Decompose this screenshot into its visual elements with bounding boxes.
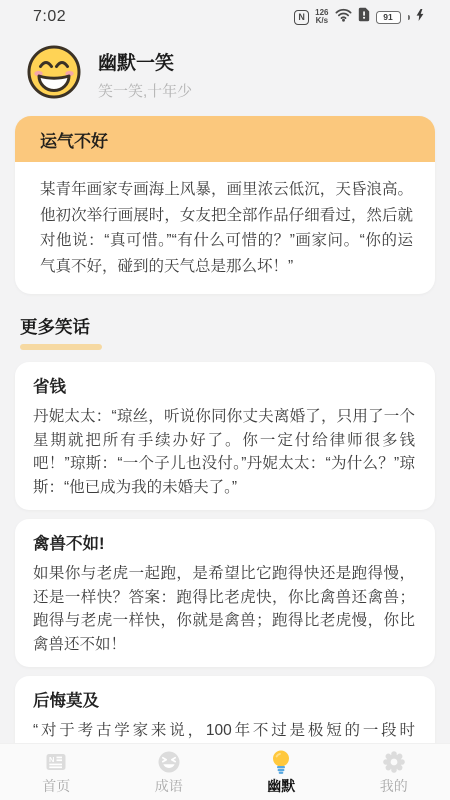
joke-body: “对于考古学家来说，100年不过是极短的一段时间。”“啊，我的上帝，昨天，我刚借… <box>33 719 415 743</box>
network-speed: 126 K/s <box>315 9 328 25</box>
nav-tab-mine[interactable]: 我的 <box>338 749 450 796</box>
app-header: 幽默一笑 笑一笑,十年少 <box>0 30 450 106</box>
status-bar: 7:02 N 126 K/s <box>0 0 450 30</box>
featured-joke-title: 运气不好 <box>15 116 435 162</box>
page-subtitle: 笑一笑,十年少 <box>98 80 192 101</box>
battery-nub <box>408 15 411 20</box>
nfc-icon: N <box>294 10 309 25</box>
battery-icon: 91 <box>376 11 401 24</box>
scroll-content[interactable]: 幽默一笑 笑一笑,十年少 运气不好 某青年画家专画海上风暴，画里浓云低沉，天昏浪… <box>0 30 450 743</box>
section-title: 更多笑话 <box>20 314 430 339</box>
app-screen: 7:02 N 126 K/s <box>0 0 450 800</box>
joke-title: 禽兽不如! <box>33 530 415 554</box>
nav-label-idioms: 成语 <box>155 776 183 796</box>
bottom-nav: N 首页 成语 <box>0 743 450 800</box>
nav-label-humor: 幽默 <box>267 776 295 796</box>
joke-body: 丹妮太太：“琼丝，听说你同你丈夫离婚了，只用了一个星期就把所有手续办好了。你一定… <box>33 405 415 499</box>
laugh-face-icon <box>156 749 182 775</box>
featured-joke-body: 某青年画家专画海上风暴，画里浓云低沉，天昏浪高。他初次举行画展时，女友把全部作品… <box>15 162 435 294</box>
battery-level: 91 <box>383 12 392 22</box>
clock: 7:02 <box>33 8 66 26</box>
joke-title: 省钱 <box>33 373 415 397</box>
network-speed-unit: K/s <box>316 16 328 25</box>
wifi-icon <box>335 8 352 27</box>
svg-text:N: N <box>49 755 54 764</box>
gear-icon <box>381 749 407 775</box>
featured-joke-card[interactable]: 运气不好 某青年画家专画海上风暴，画里浓云低沉，天昏浪高。他初次举行画展时，女友… <box>15 116 435 294</box>
joke-card[interactable]: 禽兽不如! 如果你与老虎一起跑，是希望比它跑得快还是跑得慢，还是一样快？答案：跑… <box>15 519 435 667</box>
joke-body: 如果你与老虎一起跑，是希望比它跑得快还是跑得慢，还是一样快？答案：跑得比老虎快，… <box>33 562 415 656</box>
section-accent-underline <box>20 344 102 350</box>
nav-label-home: 首页 <box>42 776 70 796</box>
more-jokes-section-header: 更多笑话 <box>20 314 430 350</box>
joke-title: 后悔莫及 <box>33 687 415 711</box>
nav-tab-home[interactable]: N 首页 <box>0 749 113 796</box>
nav-label-mine: 我的 <box>380 776 408 796</box>
nav-tab-idioms[interactable]: 成语 <box>113 749 226 796</box>
newspaper-icon: N <box>43 749 69 775</box>
laughing-emoji-icon <box>25 43 83 106</box>
joke-card[interactable]: 后悔莫及 “对于考古学家来说，100年不过是极短的一段时间。”“啊，我的上帝，昨… <box>15 676 435 743</box>
page-title: 幽默一笑 <box>98 48 192 75</box>
sim-alert-icon <box>358 7 370 27</box>
lightbulb-icon <box>268 749 294 775</box>
nav-tab-humor[interactable]: 幽默 <box>225 749 338 796</box>
status-icons: N 126 K/s 91 <box>294 7 424 27</box>
joke-card[interactable]: 省钱 丹妮太太：“琼丝，听说你同你丈夫离婚了，只用了一个星期就把所有手续办好了。… <box>15 362 435 510</box>
charging-bolt-icon <box>416 8 424 26</box>
